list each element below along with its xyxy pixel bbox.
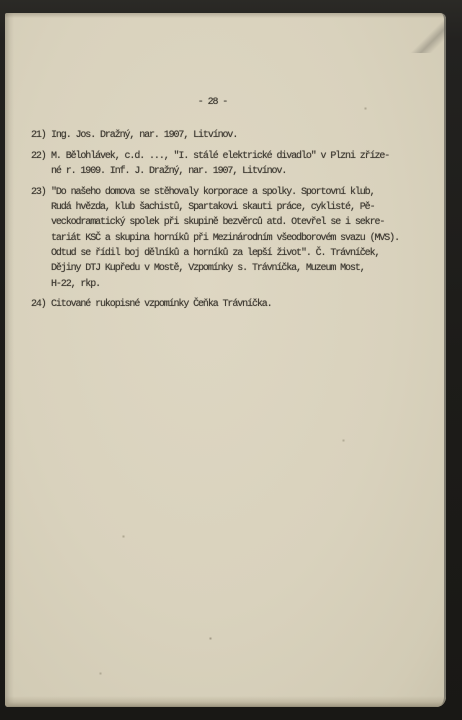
note-number: 22)	[31, 149, 51, 180]
note-line: Ing. Jos. Dražný, nar. 1907, Litvínov.	[51, 128, 423, 143]
page-number: - 28 -	[155, 95, 270, 110]
note-line: né r. 1909. Inf. J. Dražný, nar. 1907, L…	[51, 164, 423, 179]
page-edge-left	[5, 13, 14, 707]
note-number: 21)	[31, 128, 51, 143]
note-text: M. Bělohlávek, c.d. ..., "I. stálé elekt…	[51, 149, 423, 180]
note-line: "Do našeho domova se stěhovaly korporace…	[51, 185, 423, 200]
note-line: Odtud se řídil boj dělníků a horníků za …	[51, 246, 423, 261]
note-line: tariát KSČ a skupina horníků při Mezinár…	[51, 231, 423, 246]
note-line: M. Bělohlávek, c.d. ..., "I. stálé elekt…	[51, 149, 423, 164]
note-item-21: 21) Ing. Jos. Dražný, nar. 1907, Litvíno…	[31, 128, 423, 143]
page-corner-shade	[406, 13, 446, 53]
page-edge-top	[5, 13, 446, 18]
note-number: 23)	[31, 185, 51, 292]
note-item-22: 22) M. Bělohlávek, c.d. ..., "I. stálé e…	[31, 149, 423, 180]
page-edge-bottom	[5, 696, 446, 707]
note-number: 24)	[31, 297, 51, 312]
note-item-24: 24) Citované rukopisné vzpomínky Čeňka T…	[31, 297, 423, 312]
note-text: "Do našeho domova se stěhovaly korporace…	[51, 185, 423, 292]
note-line: Rudá hvězda, klub šachistů, Spartakovi s…	[51, 200, 423, 215]
paper-specks	[5, 13, 6, 14]
note-text: Ing. Jos. Dražný, nar. 1907, Litvínov.	[51, 128, 423, 143]
note-line: veckodramatický spolek při skupině bezvě…	[51, 215, 423, 230]
note-item-23: 23) "Do našeho domova se stěhovaly korpo…	[31, 185, 423, 292]
scanned-page: - 28 - 21) Ing. Jos. Dražný, nar. 1907, …	[5, 13, 446, 707]
note-line: Citované rukopisné vzpomínky Čeňka Trávn…	[51, 297, 423, 312]
photo-background: - 28 - 21) Ing. Jos. Dražný, nar. 1907, …	[0, 0, 462, 720]
page-edge-right	[414, 13, 446, 707]
note-line: Dějiny DTJ Kupředu v Mostě, Vzpomínky s.…	[51, 261, 423, 276]
endnotes-list: 21) Ing. Jos. Dražný, nar. 1907, Litvíno…	[31, 128, 423, 318]
note-text: Citované rukopisné vzpomínky Čeňka Trávn…	[51, 297, 423, 312]
note-line: H-22, rkp.	[51, 277, 423, 292]
